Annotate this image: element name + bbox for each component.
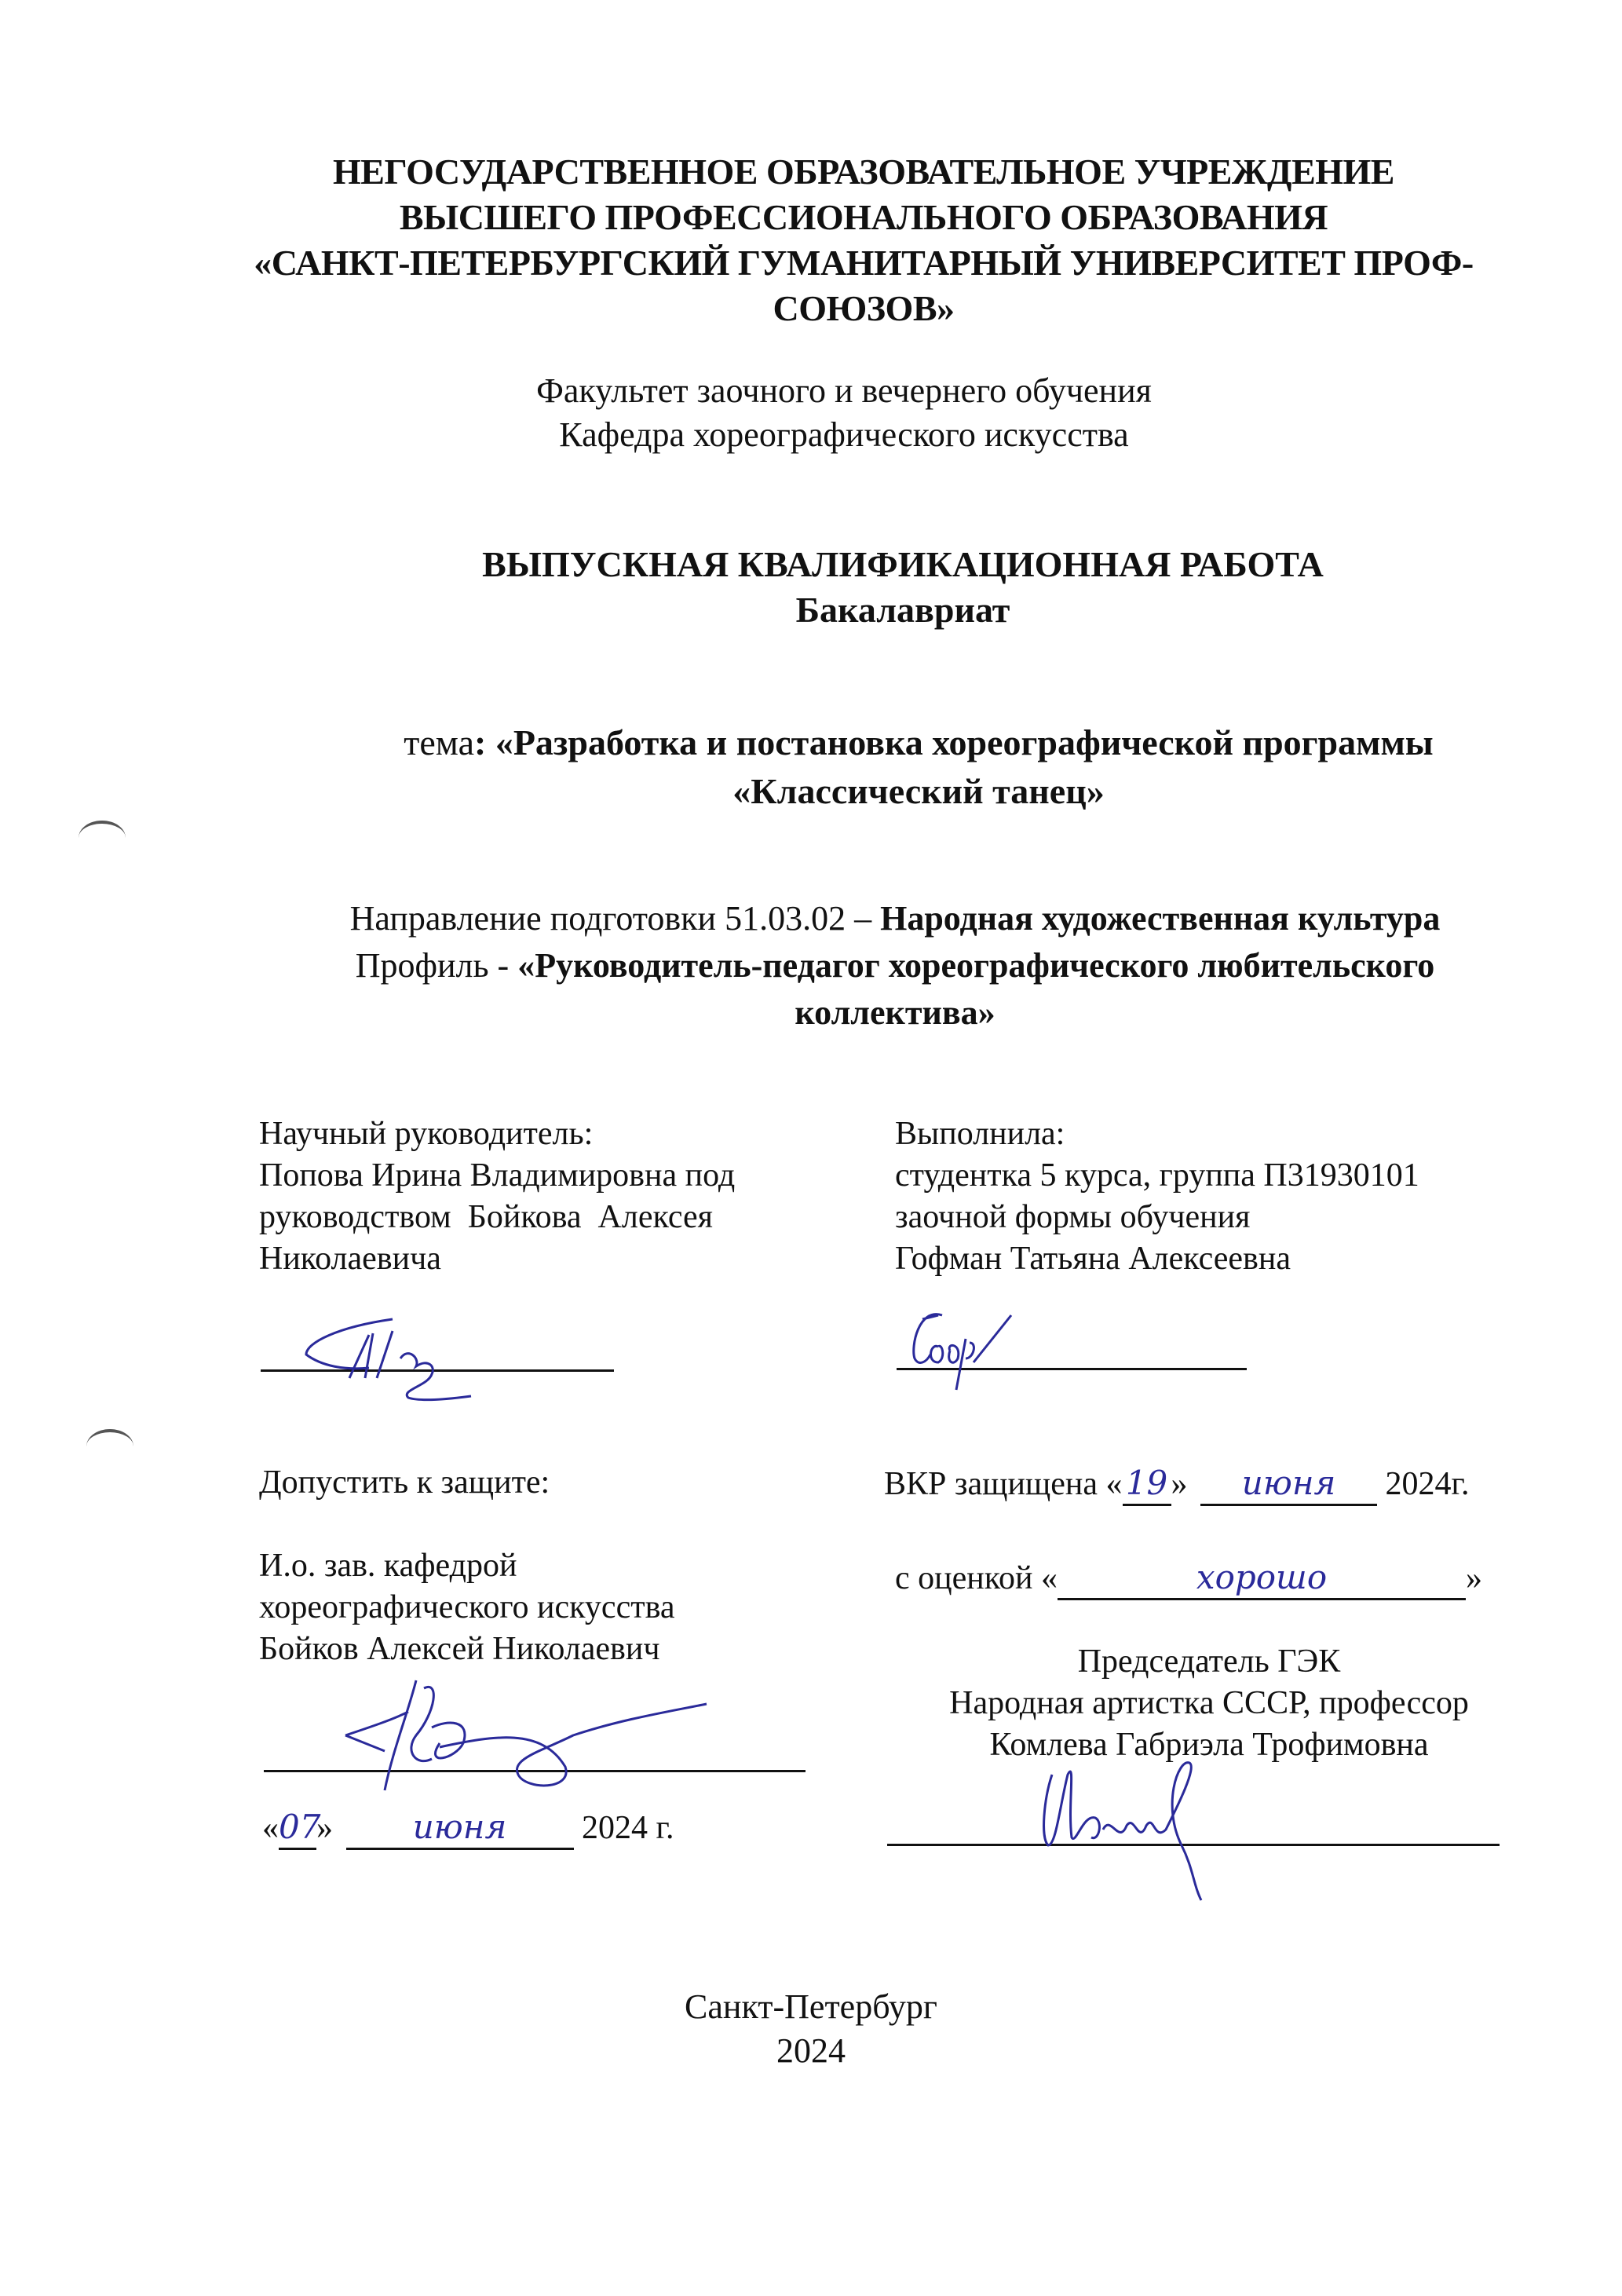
supervisor-block: Научный руководитель: Попова Ирина Влади… [259,1113,856,1280]
supervisor-heading: Научный руководитель: [259,1113,856,1155]
topic-prefix: тема [404,722,474,762]
document-page: НЕГОСУДАРСТВЕННОЕ ОБРАЗОВАТЕЛЬНОЕ УЧРЕЖД… [0,0,1622,2296]
student-signature-icon [895,1300,1052,1402]
admission-date: «07» июня 2024 г. [262,1806,674,1850]
institution-header: НЕГОСУДАРСТВЕННОЕ ОБРАЗОВАТЕЛЬНОЕ УЧРЕЖД… [188,149,1539,331]
topic-line-1: «Разработка и постановка хореографическо… [495,722,1434,762]
admission-date-year: 2024 г. [582,1810,674,1846]
defense-date: ВКР защищена «19» июня 2024г. [884,1462,1470,1506]
work-type-title: ВЫПУСКНАЯ КВАЛИФИКАЦИОННАЯ РАБОТА [314,542,1492,587]
student-heading: Выполнила: [895,1113,1539,1155]
work-type-block: ВЫПУСКНАЯ КВАЛИФИКАЦИОННАЯ РАБОТА Бакала… [314,542,1492,633]
institution-line-4: СОЮЗОВ» [188,286,1539,331]
student-line-1: студентка 5 курса, группа П31930101 [895,1155,1539,1197]
defense-grade: с оценкой «хорошо» [895,1556,1482,1600]
footer-year: 2024 [0,2029,1622,2073]
profile-label: Профиль - [356,946,518,985]
commission-title: Председатель ГЭК [879,1641,1539,1683]
direction-block: Направление подготовки 51.03.02 – Народн… [267,895,1523,1036]
admission-heading: Допустить к защите: [259,1462,856,1504]
supervisor-line-3: Николаевича [259,1238,856,1280]
admission-date-day: 07 [279,1806,316,1850]
profile-value-line-2: коллектива» [267,989,1523,1036]
punch-hole-mark-bottom [86,1429,133,1464]
admission-line-3: Бойков Алексей Николаевич [259,1629,856,1670]
defense-month: июня [1200,1462,1377,1506]
admission-date-open-quote: « [262,1810,279,1846]
profile-value-line-1: «Руководитель-педагог хореографического … [517,946,1434,985]
supervisor-line-2: руководством Бойкова Алексея [259,1197,856,1238]
topic-line-2: «Классический танец» [298,767,1539,816]
admission-date-month: июня [346,1806,574,1850]
direction-value: Народная художественная культура [880,899,1440,938]
grade-close-quote: » [1466,1560,1482,1596]
student-line-2: заочной формы обучения [895,1197,1539,1238]
topic-block: тема: «Разработка и постановка хореограф… [298,718,1539,816]
institution-line-3: «САНКТ-ПЕТЕРБУРГСКИЙ ГУМАНИТАРНЫЙ УНИВЕР… [188,240,1539,286]
faculty-block: Факультет заочного и вечернего обучения … [314,369,1374,457]
institution-line-2: ВЫСШЕГО ПРОФЕССИОНАЛЬНОГО ОБРАЗОВАНИЯ [188,195,1539,240]
admission-line-1: И.о. зав. кафедрой [259,1545,856,1587]
department-name: Кафедра хореографического искусства [314,413,1374,457]
supervisor-signature-icon [290,1311,487,1413]
degree-level: Бакалавриат [314,587,1492,633]
institution-line-1: НЕГОСУДАРСТВЕННОЕ ОБРАЗОВАТЕЛЬНОЕ УЧРЕЖД… [188,149,1539,195]
grade-value: хорошо [1058,1556,1466,1600]
admission-block: Допустить к защите: И.о. зав. кафедрой х… [259,1462,856,1670]
faculty-name: Факультет заочного и вечернего обучения [314,369,1374,413]
student-line-3: Гофман Татьяна Алексеевна [895,1238,1539,1280]
footer-block: Санкт-Петербург 2024 [0,1985,1622,2073]
punch-hole-mark-top [79,821,126,855]
supervisor-line-1: Попова Ирина Владимировна под [259,1155,856,1197]
student-block: Выполнила: студентка 5 курса, группа П31… [895,1113,1539,1280]
defense-label: ВКР защищена « [884,1466,1123,1502]
admission-date-close-quote: » [316,1810,333,1846]
commission-block: Председатель ГЭК Народная артистка СССР,… [879,1641,1539,1766]
defense-year: 2024г. [1386,1466,1470,1502]
admission-line-2: хореографического искусства [259,1587,856,1629]
commission-rank: Народная артистка СССР, профессор [879,1683,1539,1724]
commission-signature-icon [1036,1759,1225,1900]
topic-colon: : [474,722,495,762]
footer-city: Санкт-Петербург [0,1985,1622,2029]
admission-signature-icon [338,1680,730,1798]
defense-close-quote: » [1171,1466,1188,1502]
grade-label: с оценкой « [895,1560,1058,1596]
direction-label: Направление подготовки 51.03.02 – [350,899,881,938]
defense-day: 19 [1123,1462,1171,1506]
